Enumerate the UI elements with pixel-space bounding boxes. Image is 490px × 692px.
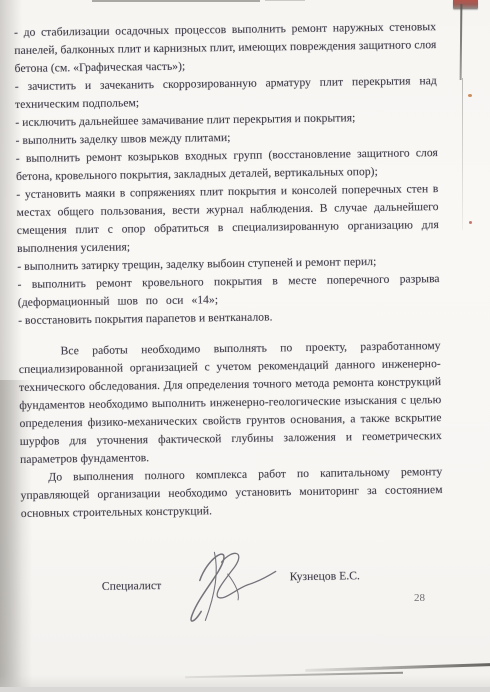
scan-bottom-band [0, 687, 490, 692]
bullet-item: - зачистить и зачеканить скоррозированну… [15, 72, 437, 114]
paper-edge-line [460, 4, 463, 80]
scan-bottom-edge-line-dark [305, 663, 490, 672]
bullet-item: - выполнить ремонт козырьков входных гру… [16, 144, 438, 186]
paragraph-summary: Все работы необходимо выполнять по проек… [18, 337, 442, 469]
scan-bottom-fade [0, 675, 490, 687]
bullet-item: - выполнить ремонт кровельного покрытия … [18, 270, 440, 312]
scanned-document-page: - до стабилизации осадочных процессов вы… [0, 0, 490, 692]
paper-edge-line-faint [462, 78, 463, 230]
scan-top-edge-line [92, 0, 260, 2]
red-bookmark-tab [453, 0, 478, 9]
signature-image [169, 539, 285, 633]
scan-speck-orange [468, 94, 472, 97]
signature-name: Кузнецов Е.С. [290, 567, 360, 586]
paragraph-monitoring: До выполнения полного комплекса работ по… [20, 463, 443, 523]
scan-top-edge-line-2 [265, 0, 305, 1]
bullet-item: - установить маяки в сопряжениях плит по… [16, 180, 439, 258]
document-body: - до стабилизации осадочных процессов вы… [14, 18, 445, 640]
bullet-item: - до стабилизации осадочных процессов вы… [14, 18, 437, 78]
signature-role-label: Специалист [102, 577, 162, 596]
scan-speck-red [469, 221, 472, 224]
page-number: 28 [414, 592, 425, 604]
signature-row: Специалист Кузнецов Е.С. [21, 539, 444, 640]
